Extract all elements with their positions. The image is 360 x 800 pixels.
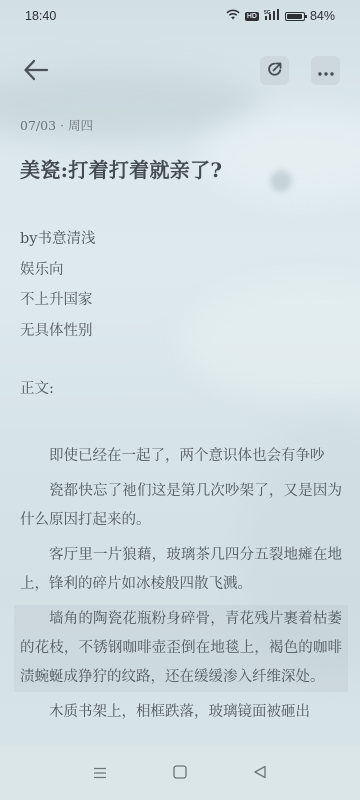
home-square-icon bbox=[173, 764, 187, 783]
recents-button[interactable] bbox=[80, 753, 120, 793]
meta-line: 不上升国家 bbox=[20, 285, 95, 316]
more-horizontal-icon bbox=[318, 61, 334, 80]
article-title: 美瓷:打着打着就亲了? bbox=[20, 154, 222, 183]
background-cloud bbox=[200, 110, 360, 200]
section-label: 正文: bbox=[20, 377, 54, 398]
status-bar: 18:40 HD 5G 84% bbox=[0, 0, 360, 32]
background-cloud bbox=[180, 280, 360, 400]
status-time: 18:40 bbox=[25, 9, 56, 23]
meta-line: 娱乐向 bbox=[20, 255, 95, 286]
system-back-button[interactable] bbox=[240, 753, 280, 793]
paragraph: 木质书架上，相框跌落，玻璃镜面被砸出 bbox=[14, 698, 348, 727]
back-triangle-icon bbox=[253, 764, 267, 783]
paragraph: 客厅里一片狼藉，玻璃茶几四分五裂地瘫在地上，锋利的碎片如冰棱般四散飞溅。 bbox=[14, 541, 348, 599]
top-app-bar bbox=[0, 54, 360, 90]
menu-icon bbox=[93, 764, 107, 783]
meta-line: 无具体性别 bbox=[20, 316, 95, 347]
background-dot bbox=[270, 170, 292, 192]
battery-percent: 84% bbox=[310, 9, 335, 23]
article-meta: by书意清浅 娱乐向 不上升国家 无具体性别 bbox=[20, 224, 95, 346]
article-date: 07/03 · 周四 bbox=[20, 116, 93, 134]
system-nav-bar bbox=[0, 746, 360, 800]
paragraph: 即使已经在一起了，两个意识体也会有争吵 bbox=[14, 442, 348, 471]
arrow-left-icon bbox=[23, 59, 49, 85]
share-external-icon bbox=[267, 61, 283, 81]
paragraph-highlighted[interactable]: 墙角的陶瓷花瓶粉身碎骨，青花残片裹着枯萎的花枝，不锈钢咖啡壶歪倒在地毯上，褐色的… bbox=[14, 605, 348, 692]
wifi-icon bbox=[226, 9, 240, 23]
signal-5g-icon: 5G bbox=[264, 9, 280, 23]
hd-icon: HD bbox=[245, 12, 259, 21]
back-button[interactable] bbox=[20, 56, 52, 88]
article-body: 即使已经在一起了，两个意识体也会有争吵 瓷都快忘了祂们这是第几次吵架了，又是因为… bbox=[14, 442, 348, 733]
paragraph: 瓷都快忘了祂们这是第几次吵架了，又是因为什么原因打起来的。 bbox=[14, 477, 348, 535]
share-button[interactable] bbox=[260, 56, 289, 85]
battery-icon bbox=[285, 12, 305, 21]
more-options-button[interactable] bbox=[311, 56, 340, 85]
home-button[interactable] bbox=[160, 753, 200, 793]
author-line: by书意清浅 bbox=[20, 224, 95, 255]
status-icons: HD 5G 84% bbox=[226, 9, 335, 23]
